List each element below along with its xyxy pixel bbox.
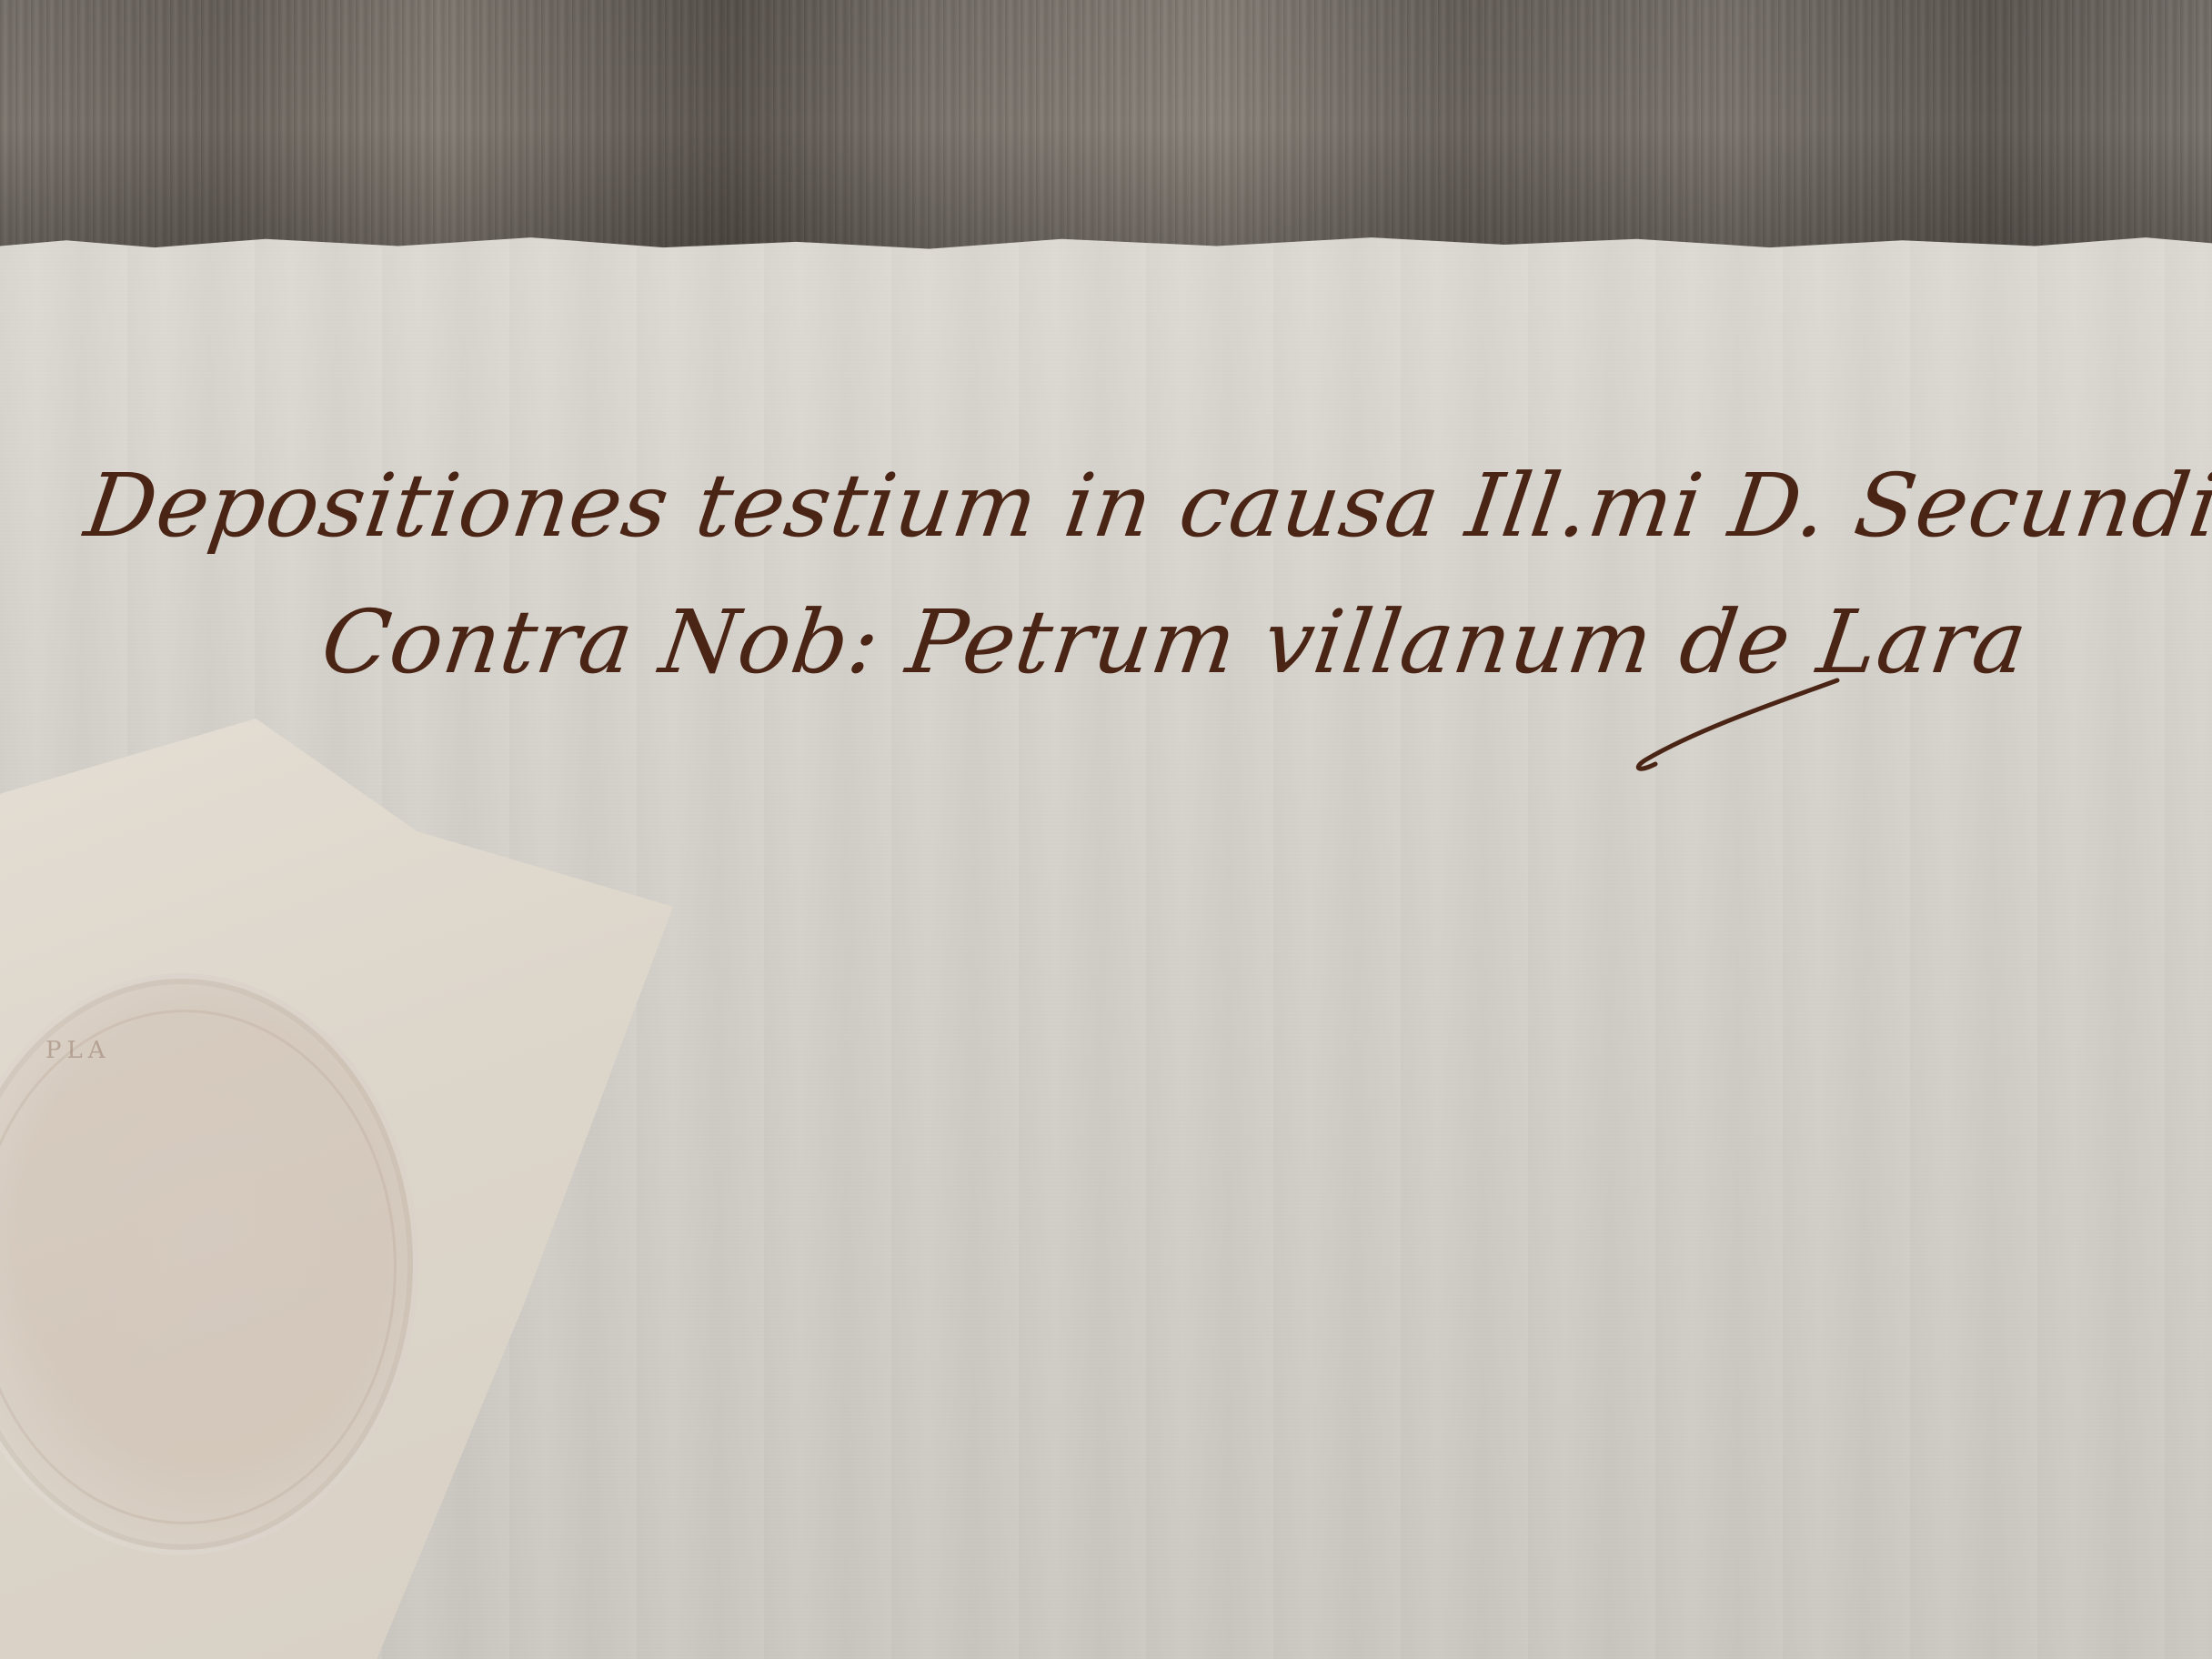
manuscript-line-1: Depositiones testium in causa Ill.mi D. … (79, 455, 2212, 557)
seal-legend: PLA (45, 1037, 111, 1064)
seal-ring (0, 1010, 397, 1524)
pen-flourish (1619, 673, 1846, 773)
velvet-shadow (0, 0, 2212, 255)
